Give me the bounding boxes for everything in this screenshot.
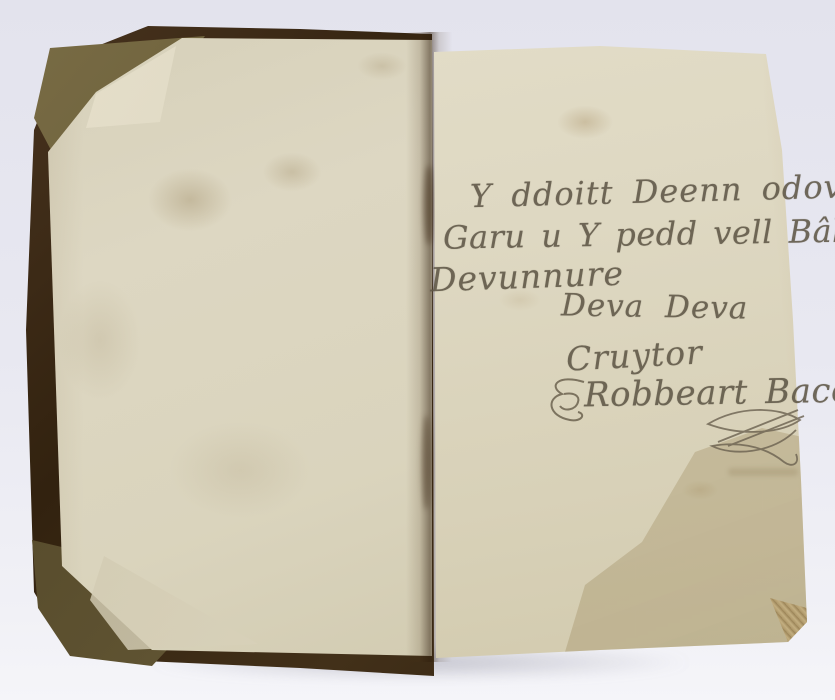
signature-initial-swash-icon [544,372,592,432]
photo-backdrop: Y ddoitt Deenn odoval Garu u Y pedd vell… [0,0,835,700]
signature-flourish-icon [700,402,812,472]
inscription-line-1: Y ddoitt Deenn odoval [470,167,835,216]
inscription-line-2: Garu u Y pedd vell Bâkn [443,211,835,257]
faint-ink-offset-smudge [728,468,798,476]
inscription-line-4: Deva Deva [561,287,749,326]
handwriting-layer: Y ddoitt Deenn odoval Garu u Y pedd vell… [0,0,835,700]
